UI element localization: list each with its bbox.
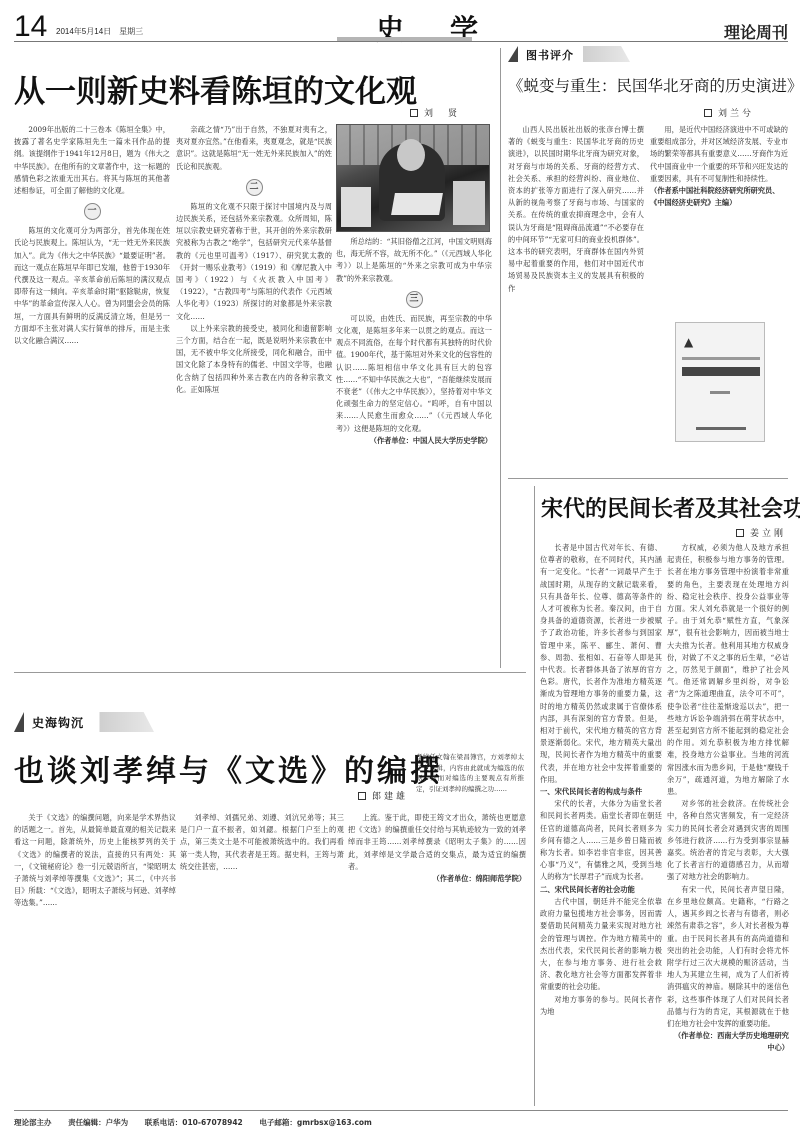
book-review-headline[interactable]: 《蜕变与重生：民国华北牙商的历史演进》评介: [508, 74, 800, 96]
footer-host: 理论部主办: [14, 1118, 52, 1127]
author-affiliation: （作者系中国社科院经济研究所研究员、《中国经济史研究》主编）: [650, 185, 788, 209]
section-marker: 一: [14, 203, 170, 220]
paragraph: 用，是近代中国经济演进中不可或缺的重要组成部分，并对区域经济发展、专业市场的繁荣…: [650, 124, 788, 185]
elder-article-column-1: 长者是中国古代对年长、有德、位尊者的敬称，在不同时代，其内涵有一定变化。“长者”…: [540, 542, 662, 1104]
paragraph: 亲疏之情“乃”出于自然，不独夏对夷有之，夷对夏亦宜然。”在他看来，夷夏观念，就是…: [176, 124, 332, 173]
paragraph: 刘孝绰、刘孺兄弟、刘遵、刘沆兄弟等；其三是门户一直不振者，如刘勰。根据门户至上的…: [180, 812, 344, 873]
elder-article-byline: 姜立刚: [736, 526, 786, 539]
wenxuan-article-headline[interactable]: 也谈刘孝绰与《文选》的编撰: [14, 746, 443, 790]
article-column-1: 2009年出版的二十三卷本《陈垣全集》中，披露了著名史学家陈垣先生一篇未刊作品的…: [14, 124, 170, 662]
paragraph: 可以说，由姓氏、而民族，再至宗教的中华文化观，是陈垣多年来一以贯之的观点。而这一…: [336, 313, 492, 435]
footer-editor: 责任编辑：户华为: [68, 1118, 128, 1127]
footer-email[interactable]: 电子邮箱：gmrbsx@163.com: [259, 1118, 371, 1127]
section-tag-history: 史海钩沉: [14, 712, 154, 732]
article-column-3: 所总结的：“其旧俗僧之江河，中国文明则海也，海无所不容，故无所不化。”（《元西域…: [336, 236, 492, 662]
byline-box-icon: [704, 109, 712, 117]
paragraph: 有宋一代，民间长者声望日隆，在乡里地位颇高。史籍称，“行路之人，遇其乡闾之长者与…: [667, 884, 789, 1030]
section-title: 史学: [376, 8, 524, 48]
elder-article-headline[interactable]: 宋代的民间长者及其社会功能: [541, 492, 800, 523]
page-number: 14: [14, 12, 47, 42]
section-marker: 三: [336, 291, 492, 308]
article-headline[interactable]: 从一则新史料看陈垣的文化观: [14, 66, 417, 111]
paragraph: 上流。鉴于此，即使王筠文才出众，萧统也更愿意把《文选》的编撰重任交付给与其轨迹较…: [348, 812, 526, 873]
publication-name: 理论周刊: [724, 20, 788, 43]
section-divider: [14, 672, 526, 673]
paragraph: 陈垣的文化观可分为两部分，首先体现在姓氏论与民族观上。陈垣认为，“无一姓无外来民…: [14, 225, 170, 347]
masthead: 14 2014年5月14日 星期三 史学 理论周刊: [14, 0, 788, 44]
author-name: 刘 贤: [424, 109, 460, 119]
paragraph: 古代中国，朝廷并不能完全依靠政府力量包揽地方社会事务，因而需要借助民间精英力量来…: [540, 896, 662, 994]
author-affiliation: （作者单位：西南大学历史地理研究中心）: [667, 1030, 789, 1054]
paragraph: 宋代的长者，大体分为庙堂长者和民间长者两类。庙堂长者即在朝廷任官的道德高尚者，民…: [540, 798, 662, 883]
paragraph: 对地方事务的参与。民间长者作为地: [540, 994, 662, 1018]
paragraph: 长者是中国古代对年长、有德、位尊者的敬称，在不同时代，其内涵有一定变化。“长者”…: [540, 542, 662, 786]
wenxuan-column-3: 上流。鉴于此，即使王筠文才出众，萧统也更愿意把《文选》的编撰重任交付给与其轨迹较…: [348, 812, 526, 1106]
footer-phone: 联系电话：010-67078942: [145, 1118, 243, 1127]
byline-box-icon: [736, 529, 744, 537]
column-divider: [534, 486, 535, 1106]
paragraph: 2009年出版的二十三卷本《陈垣全集》中，披露了著名史学家陈垣先生一篇未刊作品的…: [14, 124, 170, 197]
wenxuan-article-byline: 郎建雄: [358, 789, 408, 802]
byline-box-icon: [358, 792, 366, 800]
wenxuan-column-1: 关于《文选》的编撰问题，向来是学术界热议的话题之一。首先，从最简单最直观的相关记…: [14, 812, 176, 1106]
author-affiliation: （作者单位：中国人民大学历史学院）: [336, 435, 492, 447]
paragraph: 关于《文选》的编撰问题，向来是学术界热议的话题之一。首先，从最简单最直观的相关记…: [14, 812, 176, 910]
wenxuan-column-2: 刘孝绰、刘孺兄弟、刘遵、刘沆兄弟等；其三是门户一直不振者，如刘勰。根据门户至上的…: [180, 812, 344, 1106]
paragraph: 方权威，必须为他人及地方承担起责任，积极参与地方事务的管理。长者在地方事务管理中…: [667, 542, 789, 798]
publisher-logo-icon: ▲: [684, 335, 693, 349]
article-column-2: 亲疏之情“乃”出于自然，不独夏对夷有之，夷对夏亦宜然。”在他看来，夷夏观念，就是…: [176, 124, 332, 662]
section-tag-book-review: 图书评介: [508, 46, 628, 62]
author-affiliation: （作者单位：绵阳师范学院）: [348, 873, 526, 885]
header-rule: [14, 41, 788, 42]
paragraph: 对乡邻的社会救济。在传统社会中，各种自然灾害频发，有一定经济实力的民间长者会对遇…: [667, 798, 789, 883]
subheading: 一、宋代民间长者的构成与条件: [540, 786, 662, 798]
issue-date: 2014年5月14日 星期三: [56, 26, 143, 37]
footer-rule: [14, 1110, 788, 1111]
author-name: 郎建雄: [372, 792, 408, 802]
paragraph: 孝绰任文翰在梁昌簿宫，方刘孝绰太子文选辑，内容由此就成为编选的依据，从而对编选的…: [416, 752, 524, 794]
paragraph: 陈垣的文化观不只限于探讨中国境内及与周边民族关系，还包括外来宗教观。众所周知，陈…: [176, 201, 332, 323]
column-divider: [500, 48, 501, 668]
section-divider: [508, 478, 788, 479]
wenxuan-intro-column: 孝绰任文翰在梁昌簿宫，方刘孝绰太子文选辑，内容由此就成为编选的依据，从而对编选的…: [416, 752, 524, 806]
paragraph: 山西人民出版社出版的张彦台博士撰著的《蜕变与重生：民国华北牙商的历史演进》，以民…: [508, 124, 644, 295]
subheading: 二、宋代民间长者的社会功能: [540, 884, 662, 896]
byline-box-icon: [410, 109, 418, 117]
book-cover-image: ▲: [675, 322, 765, 442]
paragraph: 以上外来宗教的接受史，被同化和遗留影响三个方面，结合在一起，既是说明外来宗教在中…: [176, 323, 332, 396]
author-name: 刘兰兮: [718, 109, 754, 119]
article-byline: 刘 贤: [410, 106, 460, 119]
author-name: 姜立刚: [750, 529, 786, 539]
section-marker: 二: [176, 179, 332, 196]
book-review-column-2: 用，是近代中国经济演进中不可或缺的重要组成部分，并对区域经济发展、专业市场的繁荣…: [650, 124, 788, 320]
paragraph: 所总结的：“其旧俗僧之江河，中国文明则海也，海无所不容，故无所不化。”（《元西域…: [336, 236, 492, 285]
book-review-byline: 刘兰兮: [704, 106, 754, 119]
book-review-column-1: 山西人民出版社出版的张彦台博士撰著的《蜕变与重生：民国华北牙商的历史演进》，以民…: [508, 124, 644, 468]
page-footer: 理论部主办 责任编辑：户华为 联系电话：010-67078942 电子邮箱：gm…: [14, 1117, 386, 1128]
elder-article-column-2: 方权威，必须为他人及地方承担起责任，积极参与地方事务的管理。长者在地方事务管理中…: [667, 542, 789, 1102]
photo-chen-yuan: [336, 124, 490, 232]
